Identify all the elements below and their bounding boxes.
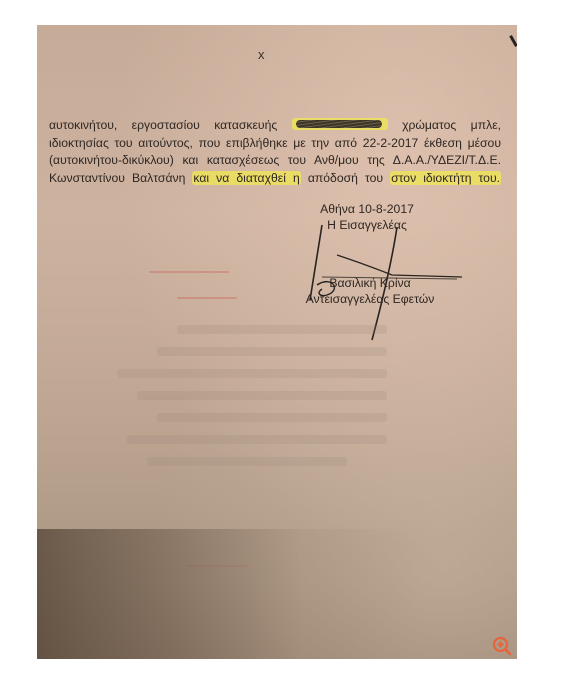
highlighted-text: στον ιδιοκτήτη του. — [390, 171, 501, 185]
bleed-through-mark — [149, 271, 229, 273]
bleed-through-mark — [187, 565, 247, 567]
text-line-4: Κωνσταντίνου Βαλτσάνη και να διαταχθεί η… — [49, 170, 501, 188]
page-marker: x — [258, 47, 265, 62]
bleed-through-text — [127, 435, 387, 444]
zoom-in-button[interactable] — [492, 636, 512, 656]
text-line-1: αυτοκινήτου, εργοστασίου κατασκευής χρώμ… — [49, 117, 501, 135]
bleed-through-text — [177, 325, 387, 334]
bleed-through-text — [117, 369, 387, 378]
document-body: αυτοκινήτου, εργοστασίου κατασκευής χρώμ… — [49, 117, 501, 187]
bleed-through-mark — [177, 297, 237, 299]
bleed-through-text — [147, 457, 347, 466]
bleed-through-text — [137, 391, 387, 400]
text-line-3: (αυτοκινήτου-δικύκλου) και κατασχέσεως τ… — [49, 152, 501, 170]
zoom-in-icon — [492, 636, 512, 656]
page-corner-mark — [509, 35, 517, 47]
document-photo: x αυτοκινήτου, εργοστασίου κατασκευής χρ… — [37, 25, 517, 659]
signer-block: Βασιλική Κρίνα Αντεισαγγελέας Εφετών — [275, 275, 465, 307]
signer-name: Βασιλική Κρίνα — [275, 275, 465, 291]
signer-title: Αντεισαγγελέας Εφετών — [275, 291, 465, 307]
redacted-text — [292, 118, 388, 130]
highlighted-text: και να διαταχθεί η — [192, 171, 300, 185]
bleed-through-text — [157, 413, 387, 422]
text-line-2: ιδιοκτησίας του αιτούντος, που επιβλήθηκ… — [49, 135, 501, 153]
bleed-through-text — [157, 347, 387, 356]
